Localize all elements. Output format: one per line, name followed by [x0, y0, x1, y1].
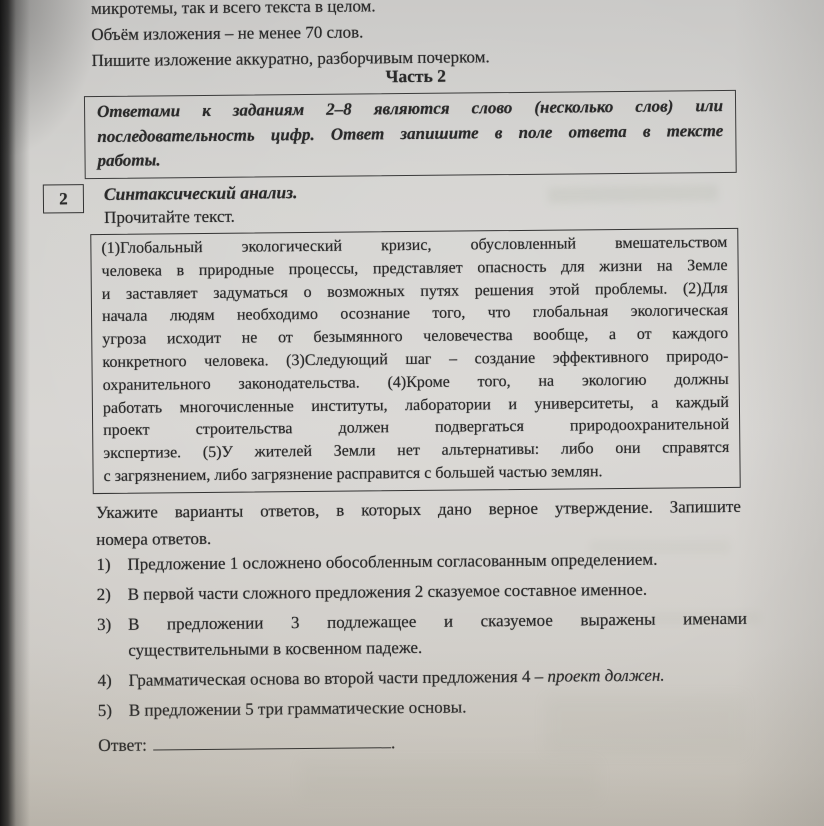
- paper-sheet: микротемы, так и всего текста в целом. О…: [0, 0, 824, 826]
- task-subtitle: Прочитайте текст.: [104, 207, 235, 228]
- option-text: Предложение 1 осложнено обособленным сог…: [127, 546, 746, 578]
- question-text: Укажите варианты ответов, в которых дано…: [96, 493, 741, 553]
- answer-blank-line: [153, 733, 391, 750]
- option-text: В предложении 3 подлежащее и сказуемое в…: [128, 606, 747, 664]
- option-number: 3): [97, 612, 128, 664]
- option-row: 1) Предложение 1 осложнено обособленным …: [96, 546, 746, 578]
- option-row: 5) В предложении 5 три грамматические ос…: [98, 692, 748, 724]
- option-text: Грамматическая основа во второй части пр…: [128, 662, 747, 694]
- option-text-part: Грамматическая основа во второй части пр…: [128, 667, 547, 690]
- option-number: 2): [97, 582, 128, 608]
- answer-options-list: 1) Предложение 1 осложнено обособленным …: [96, 546, 748, 728]
- option-text-line: существительными в косвенном падеже.: [128, 632, 747, 664]
- option-number: 5): [98, 698, 129, 724]
- exam-page-photo: микротемы, так и всего текста в целом. О…: [0, 0, 824, 826]
- option-text: В первой части сложного предложения 2 ск…: [128, 576, 747, 608]
- option-row: 4) Грамматическая основа во второй части…: [97, 662, 747, 694]
- option-row: 3) В предложении 3 подлежащее и сказуемо…: [97, 606, 747, 664]
- task-number-box: 2: [43, 184, 84, 213]
- passage-line: с загрязнением, либо загрязнение расправ…: [103, 460, 729, 489]
- option-number: 1): [96, 552, 127, 578]
- task-number: 2: [59, 189, 68, 209]
- answer-label: Ответ:: [98, 735, 147, 755]
- task-title: Синтаксический анализ.: [104, 182, 298, 205]
- option-text: В предложении 5 три грамматические основ…: [129, 692, 748, 724]
- option-text-italic: проект должен.: [547, 666, 664, 686]
- passage-box: (1)Глобальный экологический кризис, обус…: [90, 228, 740, 494]
- option-number: 4): [97, 668, 128, 694]
- instruction-box: Ответами к заданиям 2–8 являются слово (…: [84, 90, 737, 179]
- answer-period: .: [391, 732, 396, 752]
- answer-row: Ответ:.: [98, 732, 395, 756]
- option-row: 2) В первой части сложного предложения 2…: [97, 576, 747, 608]
